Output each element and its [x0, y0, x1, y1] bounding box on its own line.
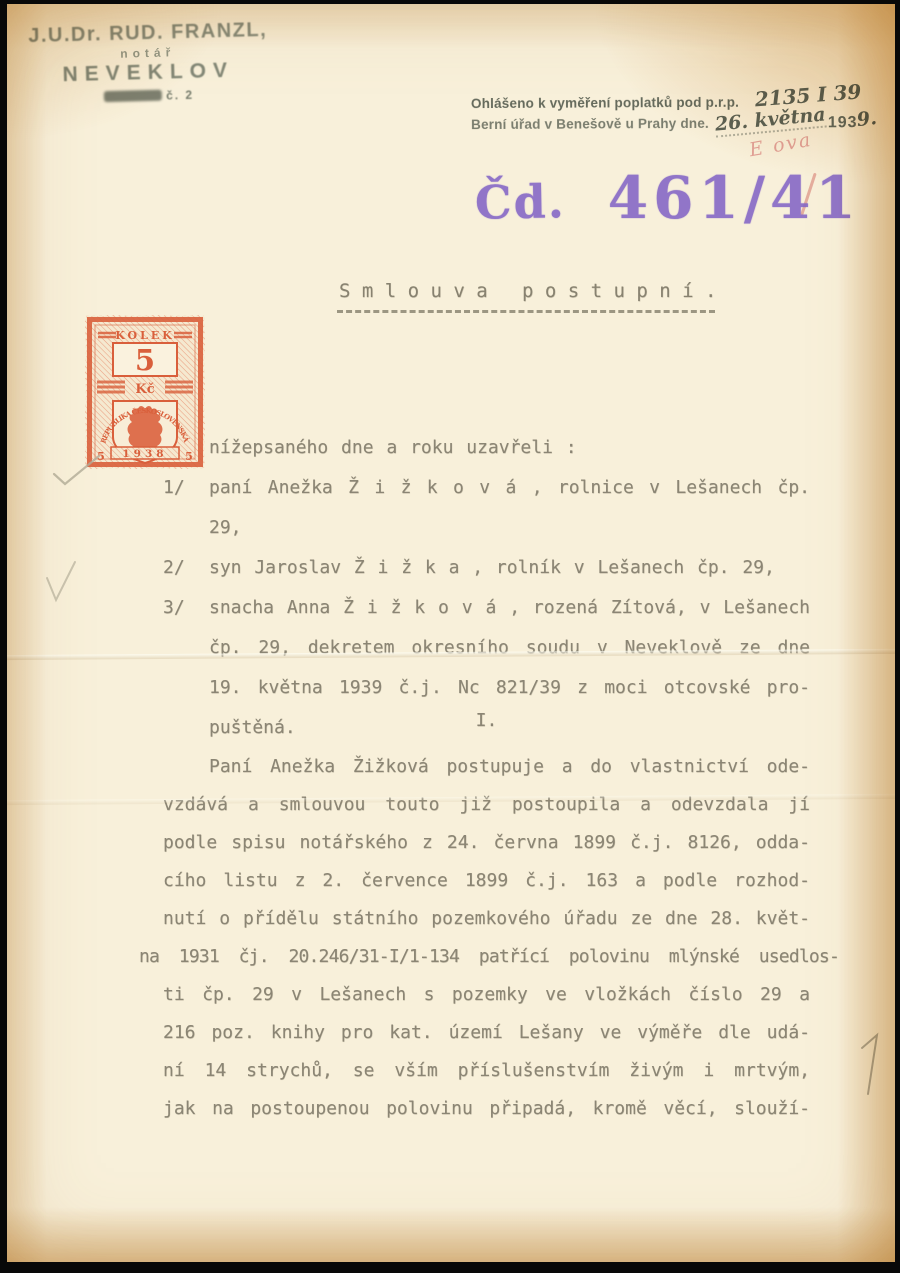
paragraph-block: Paní Anežka Žižková postupuje a do vlast… — [163, 748, 810, 1128]
paragraph-line-5: nutí o přídělu státního pozemkového úřad… — [163, 900, 810, 938]
party-marker-2: 2/ — [163, 548, 185, 588]
kolek-year: 1938 — [122, 448, 167, 460]
paragraph-line-6: na 1931 čj. 20.246/31-I/1-134 patřící po… — [139, 938, 839, 976]
kolek-value: 5 — [135, 343, 155, 377]
party-line-2: 2/syn Jaroslav Ž i ž k a , rolník v Leša… — [163, 548, 810, 588]
tax-office-stamp: Ohlášeno k vyměření poplatků pod p.r.p.2… — [471, 87, 895, 135]
paragraph-line-7: ti čp. 29 v Lešanech s pozemky ve vložká… — [163, 976, 810, 1014]
tax-stamp-row1: Ohlášeno k vyměření poplatků pod p.r.p.2… — [471, 87, 895, 112]
party-marker-1: 1/ — [163, 468, 185, 508]
notary-stamp: J.U.Dr. RUD. FRANZL, notář NEVEKLOV č. 2 — [28, 19, 268, 104]
tax-row2-printed: Berní úřad v Benešově u Prahy dne. — [471, 116, 709, 132]
document-page: J.U.Dr. RUD. FRANZL, notář NEVEKLOV č. 2… — [7, 4, 895, 1262]
paragraph-line-10: jak na postoupenou polovinu připadá, kro… — [163, 1090, 810, 1128]
tax-row1-printed: Ohlášeno k vyměření poplatků pod p.r.p. — [471, 95, 739, 111]
party-line-3-cont: čp. 29, dekretem okresního soudu v Nevek… — [163, 628, 810, 668]
case-number-prefix: Čd. — [475, 174, 567, 230]
margin-pencil-mark — [859, 1032, 885, 1098]
case-number-value: 461/41 — [608, 164, 861, 232]
party-line-3-cont2: 19. května 1939 č.j. Nc 821/39 z moci ot… — [163, 668, 810, 708]
party-text-1: paní Anežka Ž i ž k o v á , rolnice v Le… — [209, 477, 810, 538]
ink-smudge — [104, 90, 162, 103]
pencil-checkmark-2 — [43, 556, 79, 604]
paragraph-line-9: ní 14 strychů, se vším příslušenstvím ži… — [163, 1052, 810, 1090]
photo-frame: J.U.Dr. RUD. FRANZL, notář NEVEKLOV č. 2… — [0, 0, 900, 1273]
paragraph-line-1: Paní Anežka Žižková postupuje a do vlast… — [163, 748, 810, 786]
party-marker-3: 3/ — [163, 588, 185, 628]
year-digit-handwriting: 9. — [856, 107, 878, 131]
printed-year: 193 — [828, 114, 858, 131]
party-line-1: 1/paní Anežka Ž i ž k o v á , rolnice v … — [163, 468, 810, 548]
notary-smudge-text: č. 2 — [166, 88, 194, 103]
paragraph-line-8: 216 poz. knihy pro kat. území Lešany ve … — [163, 1014, 810, 1052]
party-line-3: 3/snacha Anna Ž i ž k o v á , rozená Zít… — [163, 588, 810, 628]
party-text-2: syn Jaroslav Ž i ž k a , rolník v Lešane… — [209, 557, 775, 578]
pencil-checkmark-1 — [51, 452, 103, 488]
intro-line: nížepsaného dne a roku uzavřeli : — [163, 428, 810, 468]
paragraph-line-3: podle spisu notářského z 24. června 1899… — [163, 824, 810, 862]
paragraph-line-2: vzdává a smlouvou touto již postoupila a… — [163, 786, 810, 824]
case-number-stamp: Čd.461/41 — [475, 164, 861, 232]
title-underline — [337, 310, 715, 313]
kolek-top-label: KOLEK — [115, 329, 175, 342]
tax-stamp-row2: Berní úřad v Benešově u Prahy dne.26. kv… — [471, 110, 895, 135]
notary-place-line: NEVEKLOV — [29, 58, 268, 88]
section-heading: I. — [163, 710, 810, 731]
parties-block: nížepsaného dne a roku uzavřeli : 1/paní… — [163, 428, 810, 748]
paragraph-line-4: cího listu z 2. července 1899 č.j. 163 a… — [163, 862, 810, 900]
document-title: S m l o u v a p o s t u p n í . — [339, 280, 717, 302]
kolek-currency: Kč — [135, 382, 154, 397]
party-text-3: snacha Anna Ž i ž k o v á , rozená Zítov… — [209, 597, 810, 618]
party-text-3c: 19. května 1939 č.j. Nc 821/39 z moci ot… — [209, 677, 810, 698]
